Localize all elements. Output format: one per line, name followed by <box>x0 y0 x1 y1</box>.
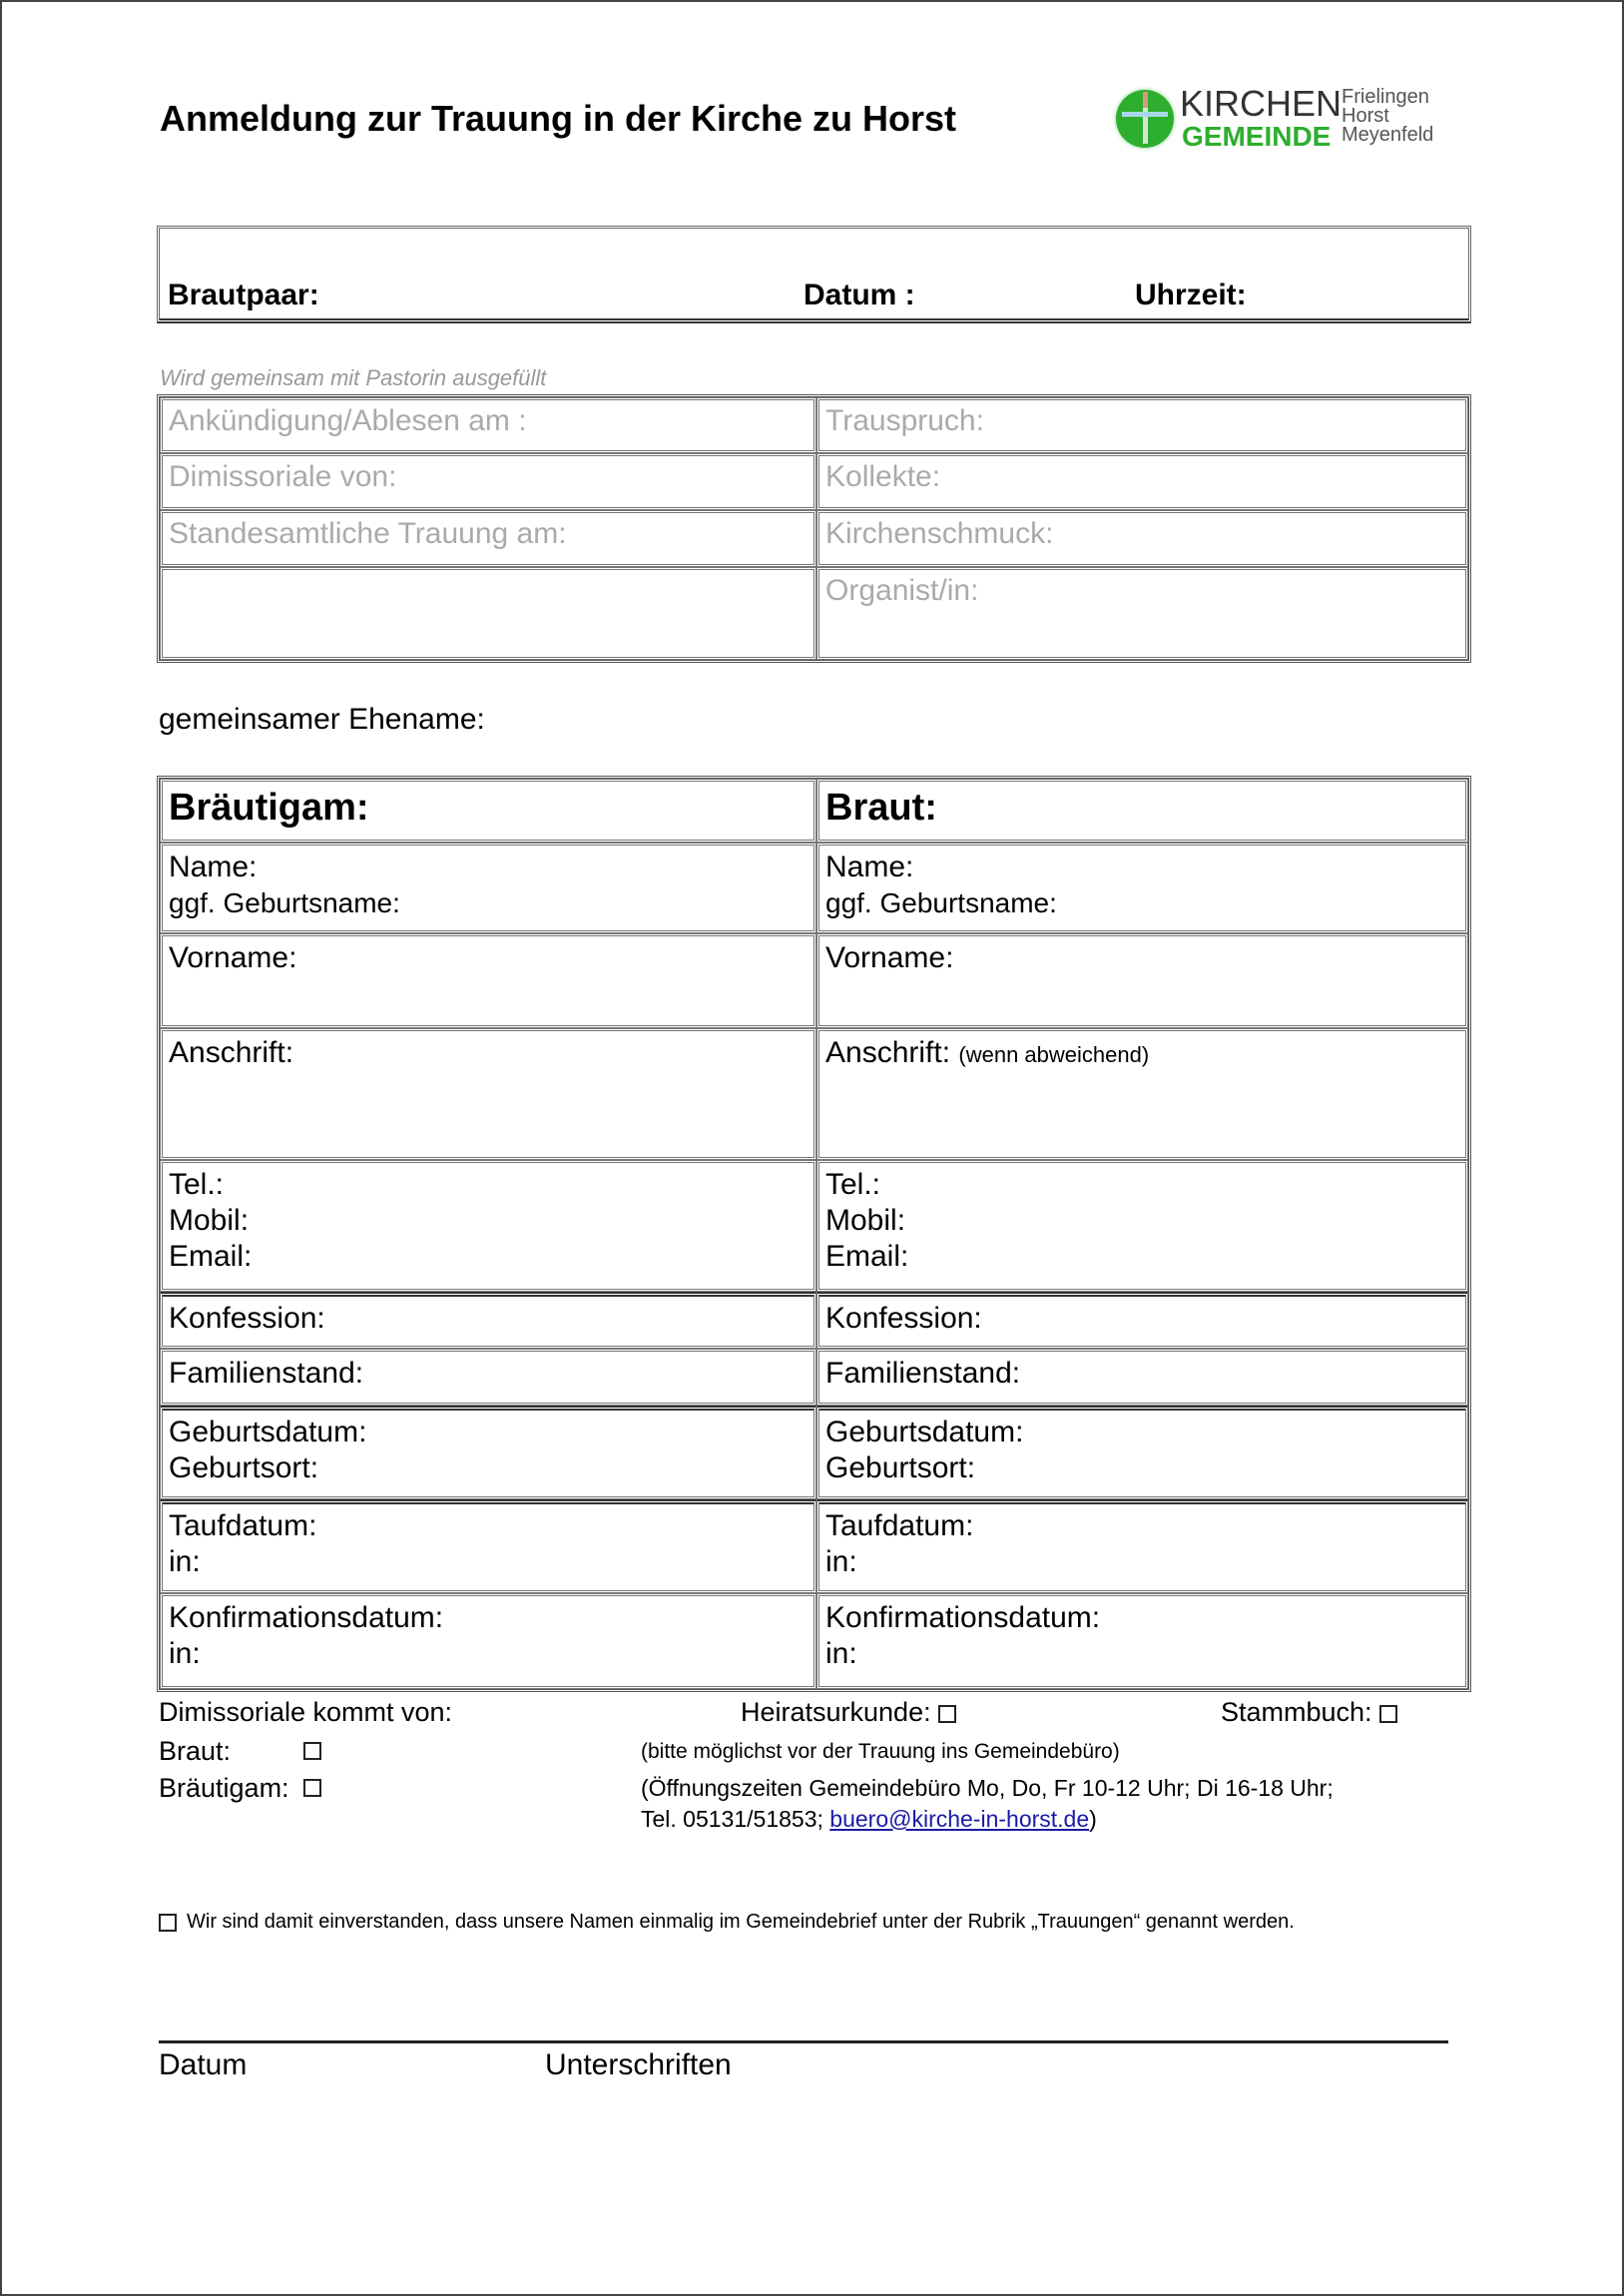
consent-option: Wir sind damit einverstanden, dass unser… <box>159 1911 1295 1934</box>
groom-konfirmation-field[interactable]: Konfirmationsdatum:in: <box>160 1593 816 1689</box>
bride-konfirmation-field[interactable]: Konfirmationsdatum:in: <box>816 1593 1468 1689</box>
bride-name-field[interactable]: Name:ggf. Geburtsname: <box>816 843 1468 933</box>
consent-text: Wir sind damit einverstanden, dass unser… <box>187 1911 1295 1933</box>
braeutigam-checkbox[interactable] <box>303 1779 321 1797</box>
anschrift-note: (wenn abweichend) <box>958 1042 1149 1067</box>
empty-cell[interactable] <box>160 567 816 660</box>
logo-kirchen-text: KIRCHEN <box>1180 86 1342 122</box>
ehename-field[interactable]: gemeinsamer Ehename: <box>159 703 485 737</box>
trauspruch-field[interactable]: Trauspruch: <box>816 397 1468 453</box>
datum-field[interactable]: Datum : <box>804 279 915 312</box>
ankuendigung-field[interactable]: Ankündigung/Ablesen am : <box>160 397 816 453</box>
heiratsurkunde-option: Heiratsurkunde: <box>741 1697 956 1728</box>
bride-familienstand-field[interactable]: Familienstand: <box>816 1349 1468 1406</box>
groom-konfession-field[interactable]: Konfession: <box>160 1292 816 1349</box>
groom-header: Bräutigam: <box>160 779 816 843</box>
bride-anschrift-field[interactable]: Anschrift: (wenn abweichend) <box>816 1028 1468 1160</box>
brautpaar-field[interactable]: Brautpaar: <box>168 279 319 312</box>
braut-checkbox[interactable] <box>303 1742 321 1760</box>
logo-gemeinde-text: GEMEINDE <box>1182 122 1331 152</box>
office-hint: (bitte möglichst vor der Trauung ins Gem… <box>641 1740 1120 1764</box>
dimissoriale-label: Dimissoriale kommt von: <box>159 1697 452 1728</box>
bride-konfession-field[interactable]: Konfession: <box>816 1292 1468 1349</box>
groom-anschrift-field[interactable]: Anschrift: <box>160 1028 816 1160</box>
groom-contact-field[interactable]: Tel.:Mobil:Email: <box>160 1160 816 1292</box>
couple-details-table: Bräutigam: Braut: Name:ggf. Geburtsname:… <box>157 776 1471 1692</box>
office-contact: Tel. 05131/51853; buero@kirche-in-horst.… <box>641 1806 1097 1833</box>
consent-checkbox[interactable] <box>159 1914 177 1932</box>
signature-datum-label: Datum <box>159 2048 247 2082</box>
groom-geburt-field[interactable]: Geburtsdatum:Geburtsort: <box>160 1406 816 1499</box>
pastor-note: Wird gemeinsam mit Pastorin ausgefüllt <box>160 365 546 391</box>
standesamt-field[interactable]: Standesamtliche Trauung am: <box>160 510 816 567</box>
heiratsurkunde-checkbox[interactable] <box>938 1705 956 1723</box>
signature-unterschriften-label: Unterschriften <box>545 2048 732 2082</box>
dimissoriale-field[interactable]: Dimissoriale von: <box>160 453 816 510</box>
stammbuch-checkbox[interactable] <box>1379 1705 1397 1723</box>
couple-date-box: Brautpaar: Datum : Uhrzeit: <box>157 226 1471 323</box>
office-hours: (Öffnungszeiten Gemeindebüro Mo, Do, Fr … <box>641 1775 1334 1802</box>
pastor-table: Ankündigung/Ablesen am : Trauspruch: Dim… <box>157 394 1471 663</box>
bride-taufe-field[interactable]: Taufdatum:in: <box>816 1499 1468 1593</box>
cross-circle-logo-icon <box>1116 90 1174 148</box>
signature-line <box>159 2040 1448 2043</box>
stammbuch-option: Stammbuch: <box>1221 1697 1397 1728</box>
braeutigam-option: Bräutigam: <box>159 1773 289 1804</box>
groom-taufe-field[interactable]: Taufdatum:in: <box>160 1499 816 1593</box>
bride-geburt-field[interactable]: Geburtsdatum:Geburtsort: <box>816 1406 1468 1499</box>
groom-familienstand-field[interactable]: Familienstand: <box>160 1349 816 1406</box>
organist-field[interactable]: Organist/in: <box>816 567 1468 660</box>
groom-vorname-field[interactable]: Vorname: <box>160 933 816 1028</box>
uhrzeit-field[interactable]: Uhrzeit: <box>1135 279 1247 312</box>
church-logo: KIRCHEN GEMEINDE Frielingen Horst Meyenf… <box>1110 82 1469 162</box>
page-title: Anmeldung zur Trauung in der Kirche zu H… <box>160 98 956 140</box>
bride-header: Braut: <box>816 779 1468 843</box>
groom-name-field[interactable]: Name:ggf. Geburtsname: <box>160 843 816 933</box>
email-link[interactable]: buero@kirche-in-horst.de <box>829 1806 1089 1832</box>
form-page: Anmeldung zur Trauung in der Kirche zu H… <box>0 0 1624 2296</box>
bride-contact-field[interactable]: Tel.:Mobil:Email: <box>816 1160 1468 1292</box>
braut-option: Braut: <box>159 1736 231 1767</box>
kollekte-field[interactable]: Kollekte: <box>816 453 1468 510</box>
logo-places: Frielingen Horst Meyenfeld <box>1342 88 1433 145</box>
bride-vorname-field[interactable]: Vorname: <box>816 933 1468 1028</box>
kirchenschmuck-field[interactable]: Kirchenschmuck: <box>816 510 1468 567</box>
